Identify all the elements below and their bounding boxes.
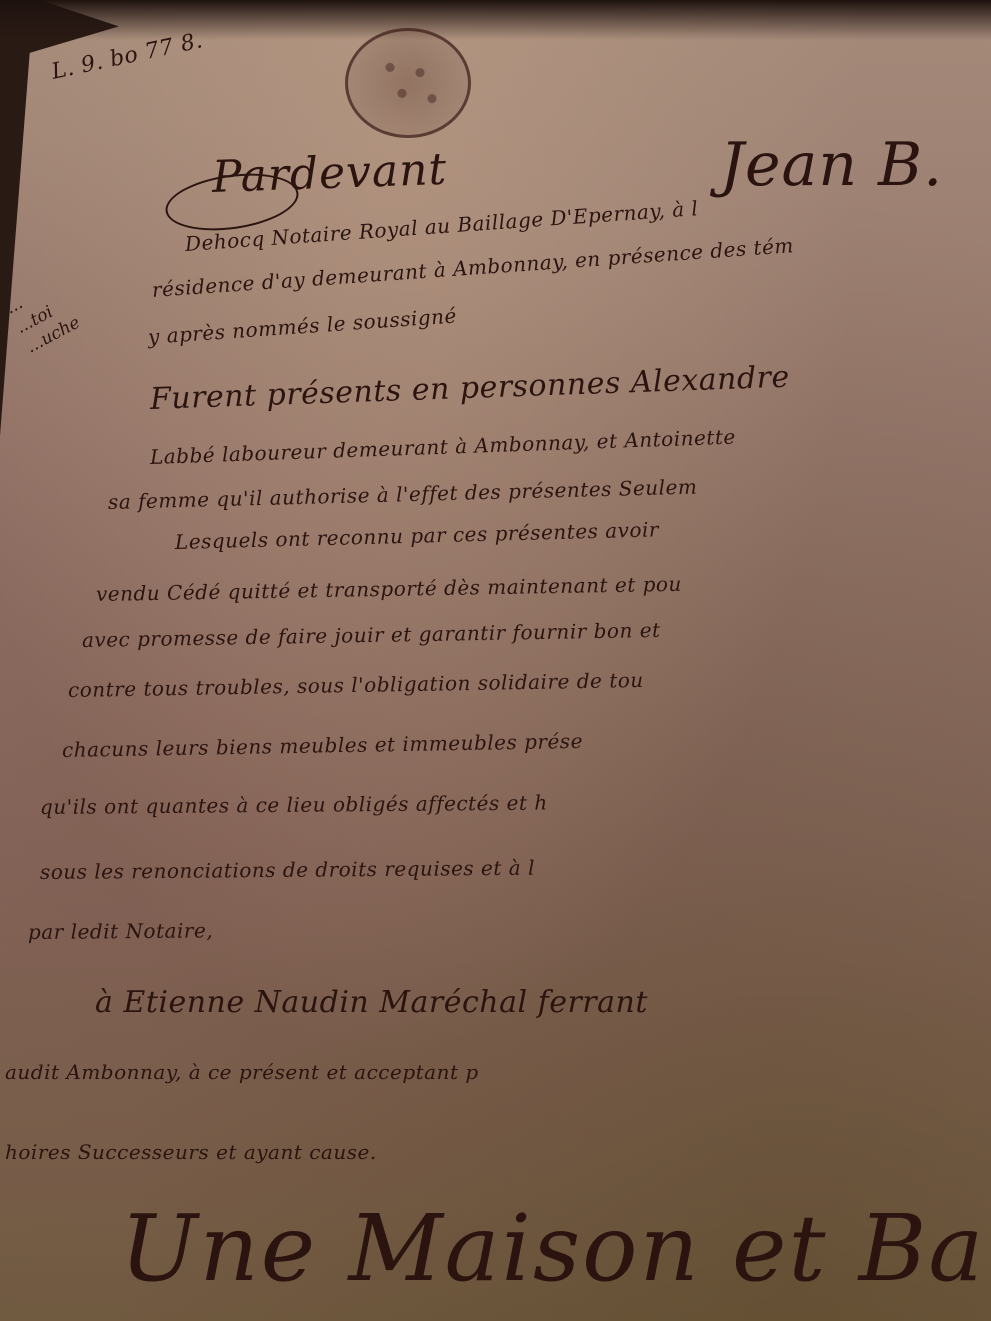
text-line: hoires Successeurs et ayant cause. xyxy=(5,1140,377,1164)
text-line: à Etienne Naudin Maréchal ferrant xyxy=(95,985,648,1020)
text-line: par ledit Notaire, xyxy=(28,918,213,944)
seal-stamp-icon xyxy=(345,28,471,138)
heading-une-maison: Une Maison et Bar xyxy=(120,1195,991,1302)
notary-name: Jean B. xyxy=(720,130,943,200)
text-line: audit Ambonnay, à ce présent et acceptan… xyxy=(5,1060,479,1084)
text-line: qu'ils ont quantes à ce lieu obligés aff… xyxy=(40,791,548,819)
shadow-edge xyxy=(0,0,991,40)
text-line: sous les renonciations de droits requise… xyxy=(40,856,535,884)
